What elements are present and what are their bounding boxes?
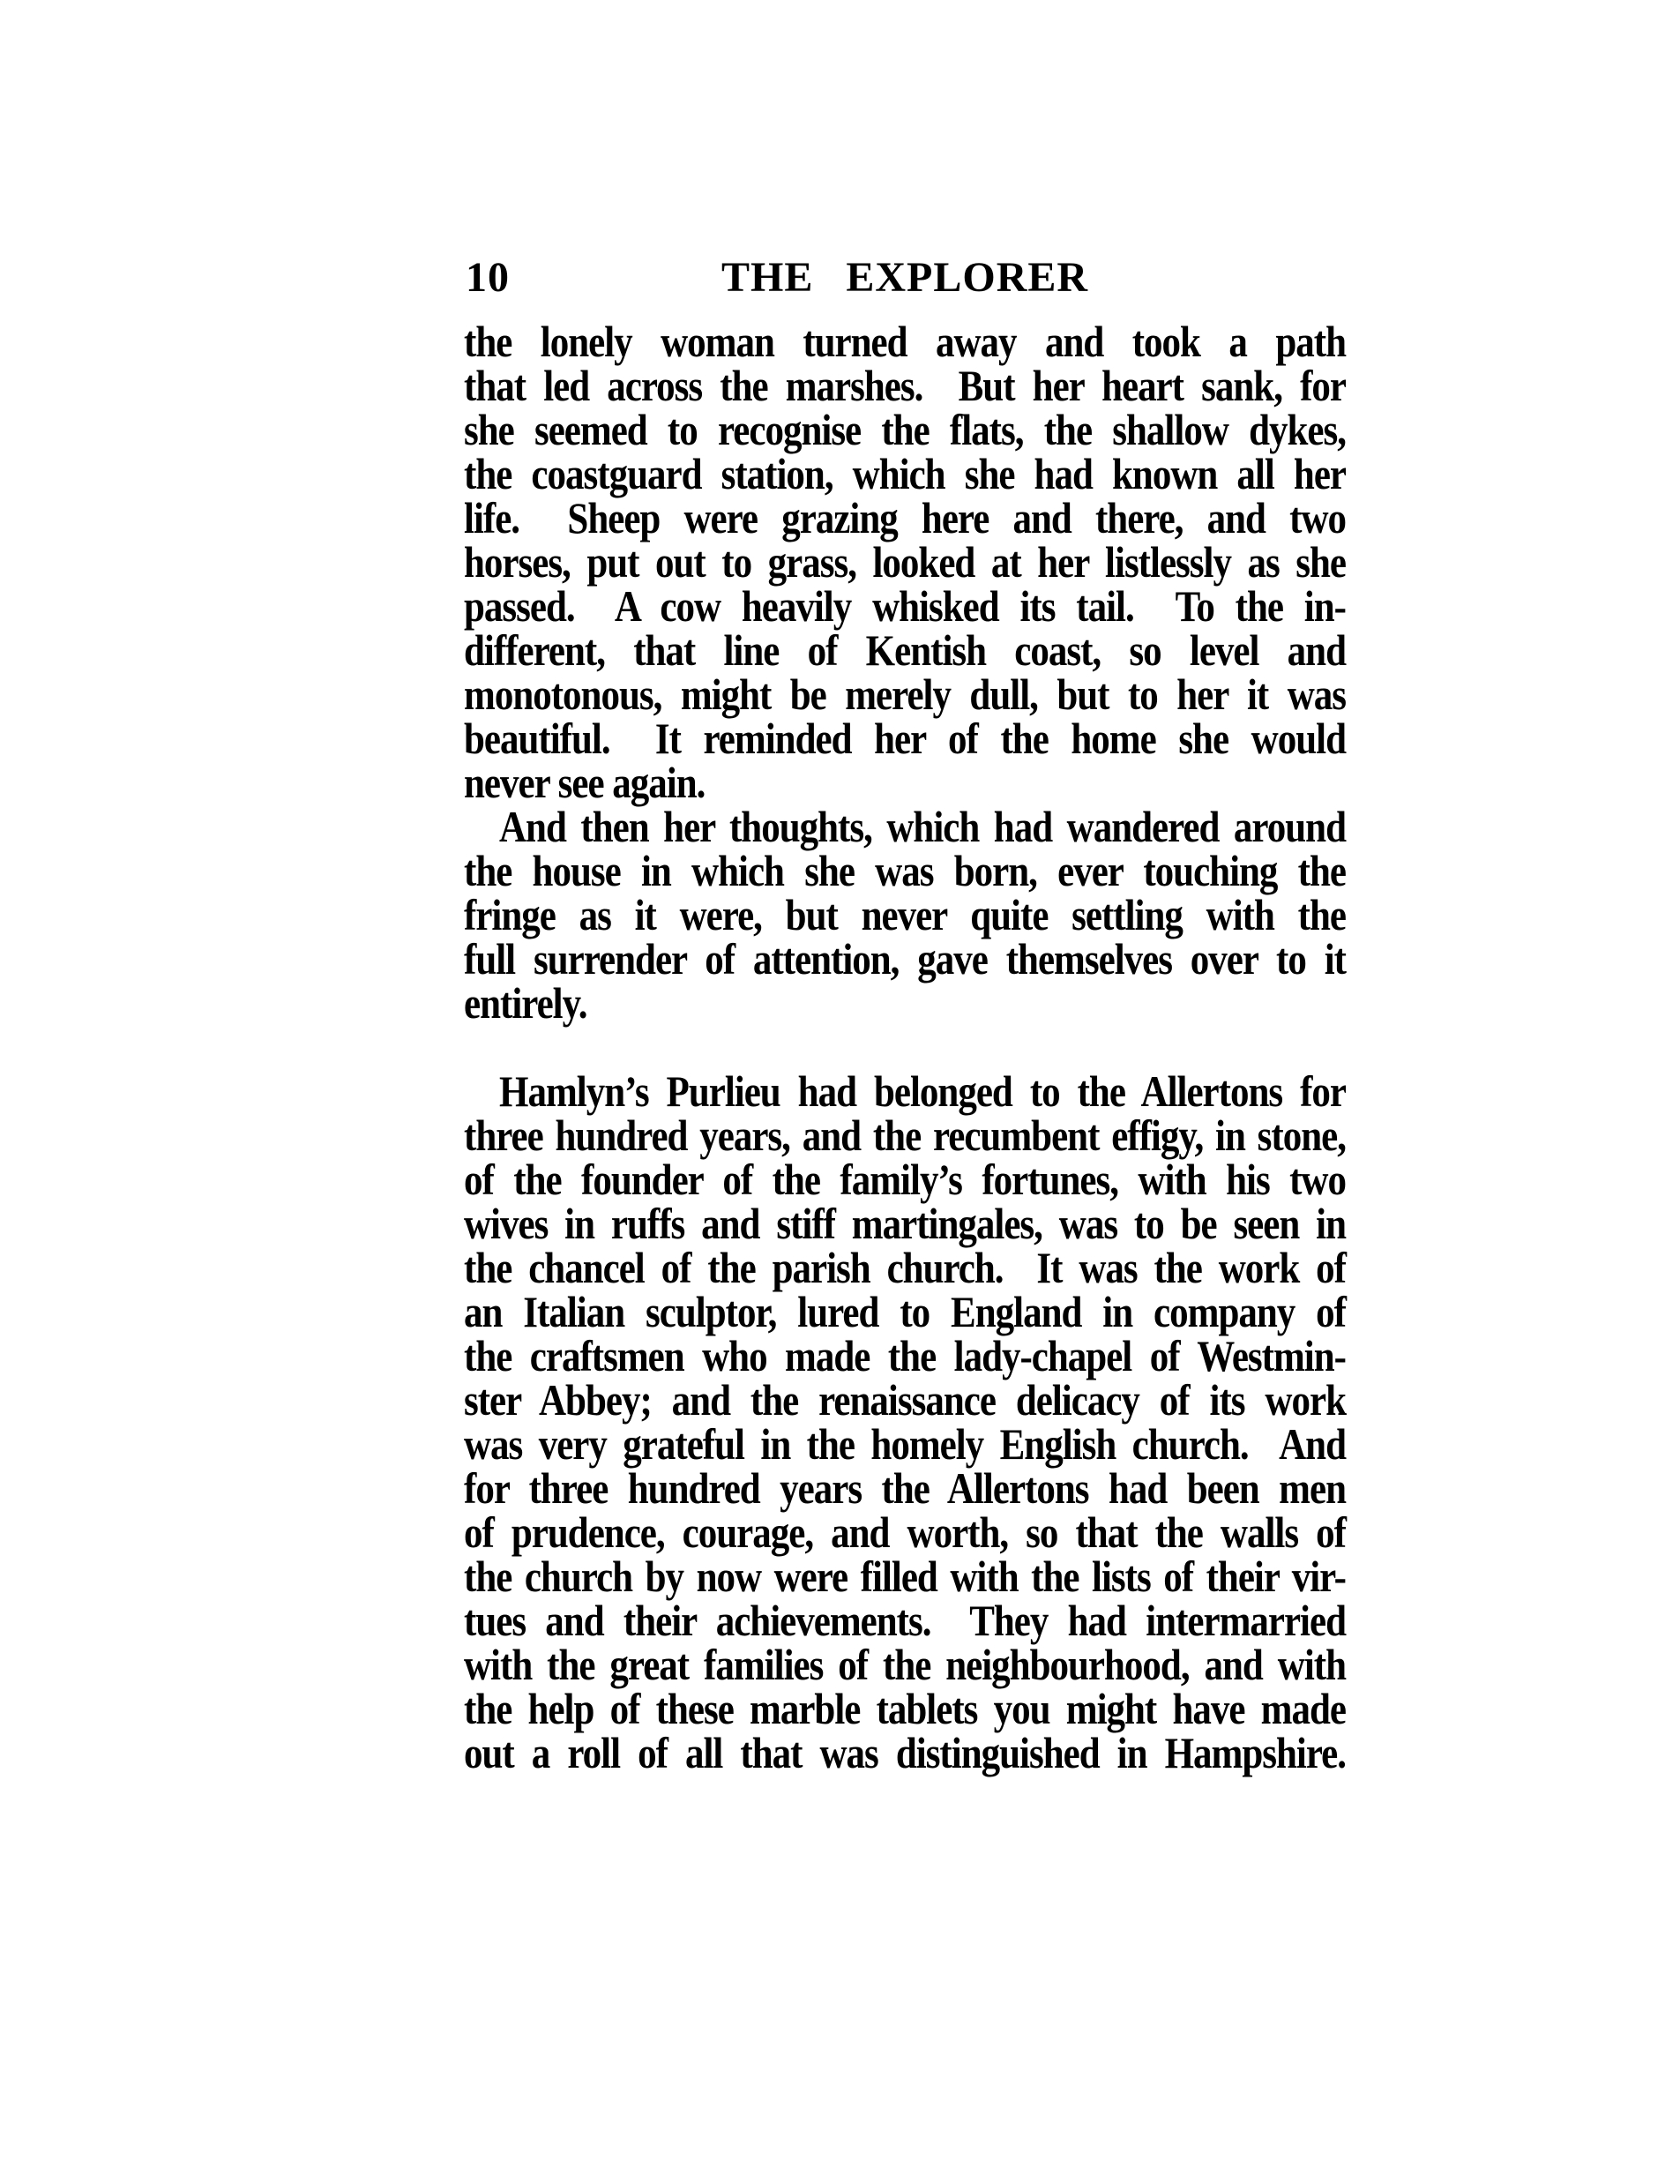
text-line: the coastguard station, which she had kn… xyxy=(464,450,1346,501)
text-line: the help of these marble tablets you mig… xyxy=(464,1685,1346,1736)
text-line: of the founder of the family’s fortunes,… xyxy=(464,1156,1346,1207)
page-body-text: the lonely woman turned away and took a … xyxy=(464,321,1346,1776)
text-line: of prudence, courage, and worth, so that… xyxy=(464,1508,1346,1559)
text-line: was very grateful in the homely English … xyxy=(464,1420,1346,1471)
text-line: horses, put out to grass, looked at her … xyxy=(464,538,1346,589)
paragraph: Hamlyn’s Purlieu had belonged to the All… xyxy=(464,1071,1346,1776)
paragraph: the lonely woman turned away and took a … xyxy=(464,321,1346,806)
text-line: the lonely woman turned away and took a … xyxy=(464,318,1346,369)
text-line: an Italian sculptor, lured to England in… xyxy=(464,1288,1346,1339)
text-line: for three hundred years the Allertons ha… xyxy=(464,1464,1346,1515)
page-header: 10 THE EXPLORER xyxy=(464,256,1346,300)
text-line: out a roll of all that was distinguished… xyxy=(464,1729,1346,1780)
text-line: that led across the marshes. But her hea… xyxy=(464,362,1346,413)
page-title: THE EXPLORER xyxy=(464,256,1346,300)
scanned-book-page: { "page": { "number": "10", "header_titl… xyxy=(0,0,1680,2184)
text-line: never see again. xyxy=(464,759,1346,810)
paragraph: And then her thoughts, which had wandere… xyxy=(464,806,1346,1027)
text-line: And then her thoughts, which had wandere… xyxy=(464,803,1346,854)
text-line: the chancel of the parish church. It was… xyxy=(464,1244,1346,1295)
text-line: different, that line of Kentish coast, s… xyxy=(464,626,1346,677)
text-line: she seemed to recognise the flats, the s… xyxy=(464,406,1346,457)
text-line: the house in which she was born, ever to… xyxy=(464,847,1346,898)
text-line: tues and their achievements. They had in… xyxy=(464,1597,1346,1648)
text-line: life. Sheep were grazing here and there,… xyxy=(464,494,1346,545)
text-line: fringe as it were, but never quite settl… xyxy=(464,891,1346,942)
text-line: Hamlyn’s Purlieu had belonged to the All… xyxy=(464,1067,1346,1118)
text-line: full surrender of attention, gave themse… xyxy=(464,935,1346,986)
text-line: with the great families of the neighbour… xyxy=(464,1641,1346,1692)
text-line: ster Abbey; and the renaissance delicacy… xyxy=(464,1376,1346,1427)
text-line: entirely. xyxy=(464,979,1346,1030)
text-line: monotonous, might be merely dull, but to… xyxy=(464,670,1346,722)
text-line: the craftsmen who made the lady-chapel o… xyxy=(464,1332,1346,1383)
text-line: beautiful. It reminded her of the home s… xyxy=(464,714,1346,766)
text-line: three hundred years, and the recumbent e… xyxy=(464,1111,1346,1163)
text-line: the church by now were filled with the l… xyxy=(464,1552,1346,1604)
text-line: wives in ruffs and stiff martingales, wa… xyxy=(464,1200,1346,1251)
text-line: passed. A cow heavily whisked its tail. … xyxy=(464,582,1346,633)
